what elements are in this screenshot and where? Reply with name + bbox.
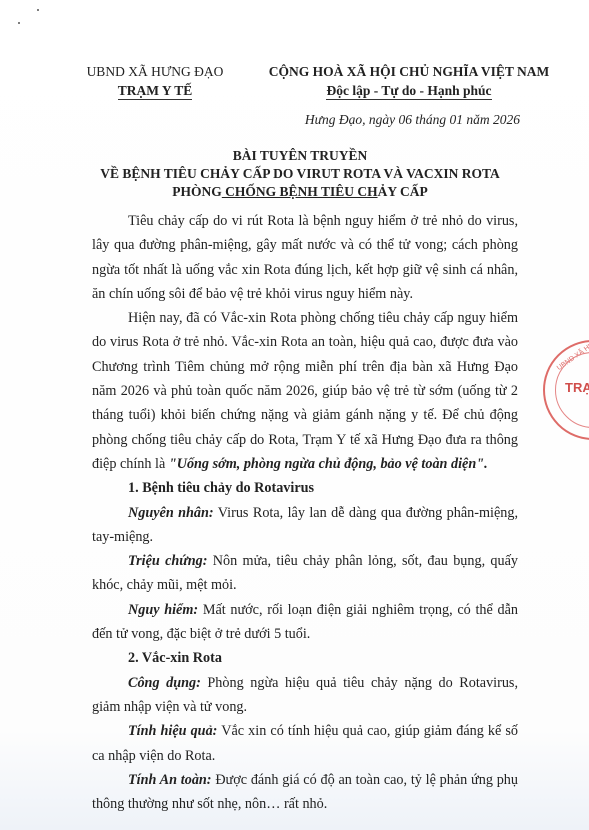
- section-2-item: Tính hiệu quả: Vắc xin có tính hiệu quả …: [92, 719, 518, 768]
- item-label: Nguyên nhân:: [128, 505, 214, 521]
- vaccine-paragraph-text: Hiện nay, đã có Vắc-xin Rota phòng chống…: [92, 310, 518, 472]
- title-line-2: VỀ BỆNH TIÊU CHẢY CẤP DO VIRUT ROTA VÀ V…: [60, 165, 540, 183]
- stamp-center-text: TRẠM: [565, 380, 589, 395]
- document-title: BÀI TUYÊN TRUYỀN VỀ BỆNH TIÊU CHẢY CẤP D…: [60, 147, 540, 201]
- title-line-3-pre: PHÒNG: [172, 184, 222, 199]
- section-2-heading: 2. Vắc-xin Rota: [92, 646, 518, 670]
- section-2-item: Tính An toàn: Được đánh giá có độ an toà…: [92, 768, 518, 817]
- key-message: "Uống sớm, phòng ngừa chủ động, bảo vệ t…: [169, 456, 488, 472]
- authority-name: UBND XÃ HƯNG ĐẠO: [70, 62, 240, 81]
- section-2-item: Công dụng: Phòng ngừa hiệu quả tiêu chảy…: [92, 671, 518, 720]
- section-1-item: Triệu chứng: Nôn mửa, tiêu chảy phân lỏn…: [92, 549, 518, 598]
- issuing-authority: UBND XÃ HƯNG ĐẠO TRẠM Y TẾ: [70, 62, 240, 100]
- date-line: Hưng Đạo, ngày 06 tháng 01 năm 2026: [300, 112, 520, 128]
- document-page: UBND XÃ HƯNG ĐẠO TRẠM Y TẾ CỘNG HOÀ XÃ H…: [0, 0, 589, 830]
- unit-name: TRẠM Y TẾ: [118, 82, 193, 100]
- intro-paragraph: Tiêu chảy cấp do vi rút Rota là bệnh ngu…: [92, 209, 518, 306]
- title-line-1: BÀI TUYÊN TRUYỀN: [60, 147, 540, 165]
- item-label: Triệu chứng:: [128, 553, 208, 569]
- stamp-ring-text: UBND XÃ HƯNG: [556, 335, 589, 372]
- item-label: Công dụng:: [128, 675, 201, 691]
- scan-speck: [18, 22, 20, 24]
- section-1-item: Nguy hiểm: Mất nước, rối loạn điện giải …: [92, 598, 518, 647]
- scan-speck: [37, 9, 39, 11]
- title-line-3-underlined: CHỐNG BỆNH TIÊU CH: [222, 184, 378, 199]
- document-body: Tiêu chảy cấp do vi rút Rota là bệnh ngu…: [92, 209, 518, 816]
- country-name: CỘNG HOÀ XÃ HỘI CHỦ NGHĨA VIỆT NAM: [248, 62, 570, 81]
- item-label: Tính hiệu quả:: [128, 723, 217, 739]
- national-motto: Độc lập - Tự do - Hạnh phúc: [326, 82, 491, 100]
- item-label: Tính An toàn:: [128, 772, 212, 788]
- official-stamp-icon: UBND XÃ HƯNG TRẠM: [543, 340, 589, 440]
- section-1-heading: 1. Bệnh tiêu chảy do Rotavirus: [92, 476, 518, 500]
- title-line-3: PHÒNG CHỐNG BỆNH TIÊU CHẢY CẤP: [60, 183, 540, 201]
- item-label: Nguy hiểm:: [128, 602, 198, 618]
- vaccine-paragraph: Hiện nay, đã có Vắc-xin Rota phòng chống…: [92, 306, 518, 476]
- section-1-item: Nguyên nhân: Virus Rota, lây lan dễ dàng…: [92, 501, 518, 550]
- title-line-3-post: ẢY CẤP: [378, 184, 428, 199]
- national-heading: CỘNG HOÀ XÃ HỘI CHỦ NGHĨA VIỆT NAM Độc l…: [248, 62, 570, 100]
